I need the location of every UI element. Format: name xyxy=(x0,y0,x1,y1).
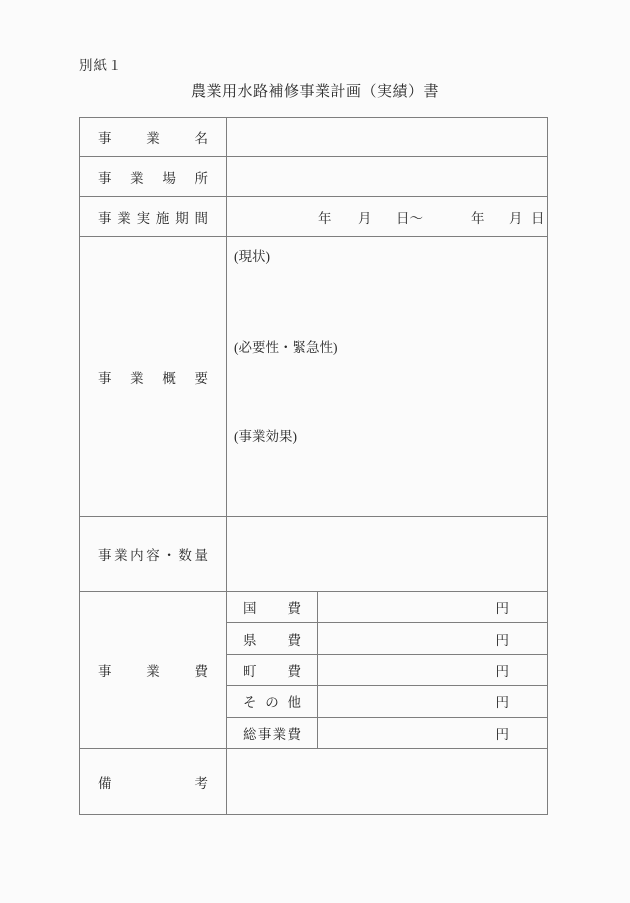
remarks-field[interactable] xyxy=(227,749,547,814)
document-page: 別紙１ 農業用水路補修事業計画（実績）書 事業名 事業場所 事業実施期間 年 月 xyxy=(0,0,630,903)
row-project-overview: 事業概要 (現状) (必要性・緊急性) (事業効果) xyxy=(80,237,547,517)
project-name-label: 事業名 xyxy=(80,118,227,156)
cost-other-unit: 円 xyxy=(496,691,510,711)
period-month-start: 月 xyxy=(358,207,372,227)
row-project-location: 事業場所 xyxy=(80,157,547,197)
cost-total-unit: 円 xyxy=(496,723,510,743)
cost-prefecture-field[interactable]: 円 xyxy=(318,623,547,653)
row-project-content: 事業内容・数量 xyxy=(80,517,547,592)
period-day-start: 日～ xyxy=(396,207,423,227)
cost-total-label: 総事業費 xyxy=(227,718,318,748)
cost-town-label: 町費 xyxy=(227,655,318,685)
project-name-field[interactable] xyxy=(227,118,547,156)
remarks-label: 備考 xyxy=(80,749,227,814)
cost-town-unit: 円 xyxy=(496,660,510,680)
period-month-end: 月 xyxy=(509,207,523,227)
period-year-start: 年 xyxy=(318,207,332,227)
cost-row-total: 総事業費 円 xyxy=(227,718,547,748)
cost-other-field[interactable]: 円 xyxy=(318,686,547,716)
project-content-label: 事業内容・数量 xyxy=(80,517,227,591)
attachment-label: 別紙１ xyxy=(79,54,123,74)
project-cost-breakdown: 国費 円 県費 円 xyxy=(227,592,547,748)
overview-necessity-heading: (必要性・緊急性) xyxy=(234,336,338,356)
overview-current-state-heading: (現状) xyxy=(234,245,270,265)
cost-town-field[interactable]: 円 xyxy=(318,655,547,685)
cost-national-label: 国費 xyxy=(227,592,318,622)
project-cost-label: 事業費 xyxy=(80,592,227,748)
project-overview-field[interactable]: (現状) (必要性・緊急性) (事業効果) xyxy=(227,237,547,516)
row-project-name: 事業名 xyxy=(80,118,547,157)
cost-prefecture-label: 県費 xyxy=(227,623,318,653)
overview-effect-heading: (事業効果) xyxy=(234,425,297,445)
cost-national-unit: 円 xyxy=(496,597,510,617)
cost-national-field[interactable]: 円 xyxy=(318,592,547,622)
cost-row-other: その他 円 xyxy=(227,686,547,717)
cost-row-prefecture: 県費 円 xyxy=(227,623,547,654)
row-project-cost: 事業費 国費 円 県費 xyxy=(80,592,547,749)
period-year-end: 年 xyxy=(471,207,485,227)
project-period-label: 事業実施期間 xyxy=(80,197,227,236)
cost-row-national: 国費 円 xyxy=(227,592,547,623)
project-location-field[interactable] xyxy=(227,157,547,196)
cost-row-town: 町費 円 xyxy=(227,655,547,686)
project-location-label: 事業場所 xyxy=(80,157,227,196)
cost-other-label: その他 xyxy=(227,686,318,716)
period-day-end: 日 xyxy=(531,207,545,227)
document-title: 農業用水路補修事業計画（実績）書 xyxy=(0,80,630,101)
row-remarks: 備考 xyxy=(80,749,547,814)
cost-rows: 国費 円 県費 円 xyxy=(227,592,547,748)
cost-prefecture-unit: 円 xyxy=(496,629,510,649)
cost-total-field[interactable]: 円 xyxy=(318,718,547,748)
project-period-field[interactable]: 年 月 日～ 年 月 日 xyxy=(227,197,547,236)
project-form-table: 事業名 事業場所 事業実施期間 年 月 日～ 年 月 日 xyxy=(79,117,548,815)
project-content-field[interactable] xyxy=(227,517,547,591)
project-overview-label: 事業概要 xyxy=(80,237,227,516)
row-project-period: 事業実施期間 年 月 日～ 年 月 日 xyxy=(80,197,547,237)
